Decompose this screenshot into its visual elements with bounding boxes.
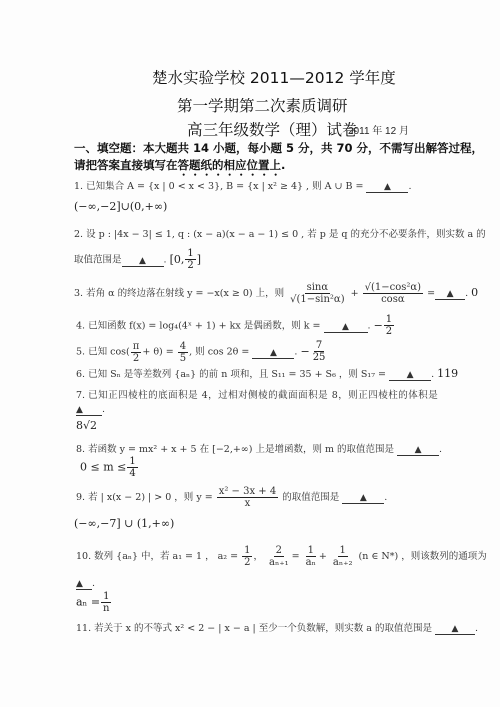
answer-blank[interactable]: ▲ <box>389 370 431 381</box>
instruction-suffix: . <box>281 158 285 172</box>
answer-3: 0 <box>471 286 478 299</box>
answer-blank[interactable]: ▲ <box>324 322 368 333</box>
question-8: 8. 若函数 y = mx² + x + 5 在 [−2,+∞) 上是增函数，则… <box>76 441 442 456</box>
question-number: 11. <box>76 623 91 634</box>
answer-1: (−∞,−2]∪(0,+∞) <box>74 200 167 213</box>
question-number: 10. <box>76 551 91 562</box>
question-number: 8. <box>76 444 85 455</box>
question-number: 2. <box>74 229 83 240</box>
question-text: 若函数 y = mx² + x + 5 在 [−2,+∞) 上是增函数，则 m … <box>88 444 394 455</box>
school-year-title: 楚水实验学校 2011—2012 学年度 <box>152 66 396 88</box>
question-2-line2: 取值范围是▲. [0,12] <box>74 248 201 271</box>
answer-7: 8√2 <box>76 419 97 432</box>
question-text: 已知函数 f(x) = log₄(4ˣ + 1) + kx 是偶函数，则 k = <box>88 321 320 332</box>
blank-marker-icon: ▲ <box>452 624 459 634</box>
question-6: 6. 已知 Sₙ 是等差数列 {aₙ} 的前 n 项和，且 S₁₁ = 35 +… <box>76 366 458 381</box>
blank-marker-icon: ▲ <box>139 256 146 266</box>
blank-marker-icon: ▲ <box>384 182 391 192</box>
question-10-blank: ▲. <box>76 578 95 590</box>
blank-marker-icon: ▲ <box>360 493 367 503</box>
blank-marker-icon: ▲ <box>342 322 349 332</box>
answer-2: [0,12] <box>170 253 201 266</box>
answer-9: (−∞,−7] ∪ (1,+∞) <box>74 517 174 530</box>
question-3: 3. 若角 α 的终边落在射线 y = −x(x ≥ 0) 上，则 sinα√(… <box>74 282 478 305</box>
question-2: 2. 设 p : |4x − 3| ≤ 1, q : (x − a)(x − a… <box>74 226 486 240</box>
answer-blank[interactable]: ▲ <box>342 493 384 504</box>
blank-marker-icon: ▲ <box>415 445 422 455</box>
blank-marker-icon: ▲ <box>76 405 83 415</box>
question-5: 5. 已知 cos(π2+ θ) = 45, 则 cos 2θ = ▲. −72… <box>76 340 328 364</box>
question-number: 5. <box>76 347 85 358</box>
question-text: 取值范围是 <box>74 255 122 266</box>
answer-blank[interactable]: ▲ <box>122 256 164 267</box>
question-7-blank: ▲. <box>76 404 105 416</box>
question-number: 1. <box>74 181 83 192</box>
answer-5: −725 <box>300 345 328 358</box>
answer-blank[interactable]: ▲ <box>76 405 102 416</box>
instruction-emphasis: 答题纸的相应位置上 <box>178 158 282 172</box>
question-7: 7. 已知正四棱柱的底面积是 4，过相对侧棱的截面面积是 8，则正四棱柱的体积是 <box>76 387 438 401</box>
question-text: 若关于 x 的不等式 x² < 2 − | x − a | 至少一个负数解，则实… <box>94 623 432 634</box>
blank-marker-icon: ▲ <box>407 370 414 380</box>
blank-marker-icon: ▲ <box>447 289 454 299</box>
exam-date: 2011 年 12 月 <box>348 122 409 137</box>
question-4: 4. 已知函数 f(x) = log₄(4ˣ + 1) + kx 是偶函数，则 … <box>76 314 395 337</box>
answer-10: aₙ =1n <box>76 591 112 614</box>
question-number: 3. <box>74 288 83 299</box>
section-instruction: 请把答案直接填写在答题纸的相应位置上. <box>74 157 285 179</box>
question-text: 设 p : |4x − 3| ≤ 1, q : (x − a)(x − a − … <box>86 229 486 240</box>
instruction-prefix: 请把答案直接填写在 <box>74 158 178 172</box>
answer-blank[interactable]: ▲ <box>252 348 294 359</box>
question-text: 已知 Sₙ 是等差数列 {aₙ} 的前 n 项和，且 S₁₁ = 35 + S₆… <box>88 369 386 380</box>
answer-6: 119 <box>437 367 458 380</box>
answer-4: −12 <box>374 319 396 332</box>
answer-blank[interactable]: ▲ <box>366 182 408 193</box>
question-11: 11. 若关于 x 的不等式 x² < 2 − | x − a | 至少一个负数… <box>76 620 478 635</box>
term-title: 第一学期第二次素质调研 <box>177 94 348 116</box>
exam-title: 高三年级数学（理）试卷 <box>187 118 358 140</box>
answer-blank[interactable]: ▲ <box>435 624 475 635</box>
blank-marker-icon: ▲ <box>76 579 83 589</box>
question-text: 已知正四棱柱的底面积是 4，过相对侧棱的截面面积是 8，则正四棱柱的体积是 <box>88 390 438 401</box>
question-text: 已知集合 A = {x | 0 < x < 3}, B = {x | x² ≥ … <box>86 181 363 192</box>
answer-blank[interactable]: ▲ <box>435 289 465 300</box>
question-10: 10. 数列 {aₙ} 中，若 a₁ = 1 ， a₂ = 12， 2aₙ₊₁=… <box>76 545 487 568</box>
answer-blank[interactable]: ▲ <box>397 445 439 456</box>
question-1: 1. 已知集合 A = {x | 0 < x < 3}, B = {x | x²… <box>74 178 412 193</box>
answer-blank[interactable]: ▲ <box>76 579 92 590</box>
answer-8: 0 ≤ m ≤14 <box>80 456 139 479</box>
question-9: 9. 若 | x(x − 2) | > 0 ，则 y = x² − 3x + 4… <box>76 486 387 509</box>
question-number: 4. <box>76 321 85 332</box>
question-number: 9. <box>76 492 85 503</box>
blank-marker-icon: ▲ <box>270 348 277 358</box>
question-number: 7. <box>76 390 85 401</box>
question-number: 6. <box>76 369 85 380</box>
question-text: 若角 α 的终边落在射线 y = −x(x ≥ 0) 上，则 <box>86 288 284 299</box>
section-heading: 一、填空题：本大题共 14 小题，每小题 5 分，共 70 分，不需写出解答过程… <box>74 140 483 156</box>
